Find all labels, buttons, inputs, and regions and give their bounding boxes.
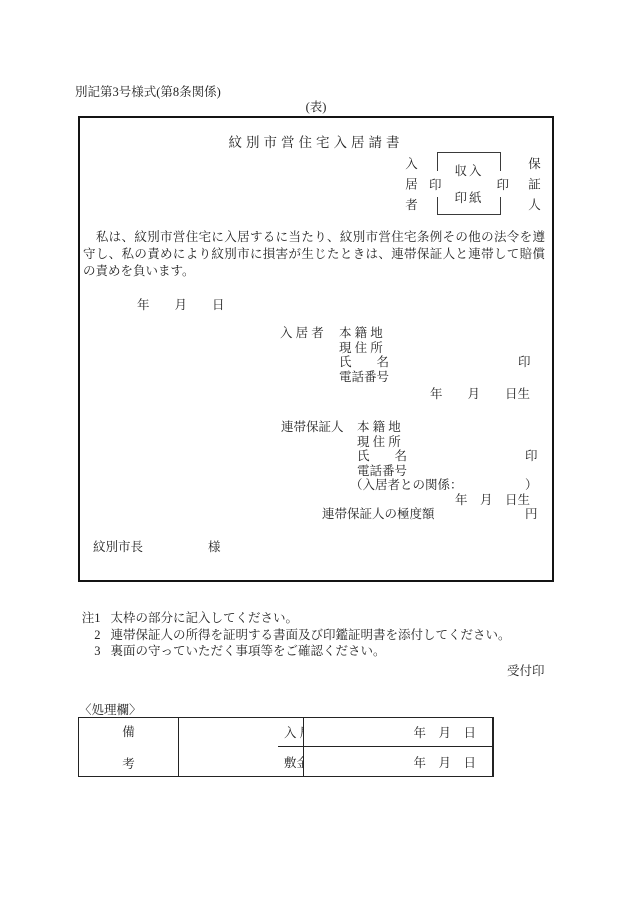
applicant-seal-column-label: 入居者	[404, 157, 417, 219]
deposit-payment-date-value-cell: 年 月 日	[304, 747, 493, 776]
guarantor-section-label: 連帯保証人	[281, 417, 344, 435]
applicant-name-seal-mark: 印	[518, 352, 531, 370]
form-title: 紋別市営住宅入居請書	[78, 131, 554, 151]
guarantor-liability-limit-unit: 円	[525, 504, 538, 522]
guarantor-liability-limit-label: 連帯保証人の極度額	[322, 504, 435, 522]
pledge-paragraph: 私は、紋別市営住宅に入居するに当たり、紋別市営住宅条例その他の法令を遵守し、私の…	[83, 229, 545, 280]
remarks-header-cell: 備 考	[79, 718, 179, 776]
note-3-number: 3	[75, 644, 101, 659]
addressee-mayor-label: 紋別市長	[93, 537, 143, 555]
revenue-stamp-text-line1: 収入	[454, 161, 483, 179]
document-page: 別記第3号様式(第8条関係) (表) 紋別市営住宅入居請書 入居者 印 収入 印…	[0, 0, 630, 903]
revenue-stamp-text-line2: 印紙	[454, 188, 483, 206]
guarantor-seal-mark: 印	[496, 171, 509, 197]
note-3-text: 裏面の守っていただく事項等をご確認ください。	[111, 644, 386, 658]
move-in-date-label-cell: 入 居 年 月 日	[278, 718, 304, 747]
note-line-3: 3裏面の守っていただく事項等をご確認ください。	[62, 626, 386, 674]
receipt-stamp-label: 受付印	[507, 661, 545, 679]
guarantor-birthdate-line: 年 月 日生	[455, 490, 530, 508]
form-date-line: 年 月 日	[137, 295, 225, 313]
deposit-payment-date-label-cell: 敷金納入年月日	[278, 747, 304, 776]
addressee-honorific: 様	[208, 537, 221, 555]
applicant-section-label: 入 居 者	[280, 323, 324, 341]
processing-table: 入 居 年 月 日 年 月 日 備 考 敷金納入年月日 年 月 日	[78, 717, 494, 777]
front-side-label: (表)	[78, 97, 554, 115]
remarks-value-cell	[179, 718, 278, 776]
guarantor-seal-column-label: 保証人	[527, 157, 540, 219]
move-in-date-value-cell: 年 月 日	[304, 718, 493, 747]
applicant-phone-field-label: 電話番号	[339, 367, 389, 385]
remarks-header-char-bottom: 考	[122, 754, 135, 772]
remarks-header-char-top: 備	[122, 722, 135, 740]
guarantor-relation-field-label: （入居者との関係：	[350, 475, 463, 493]
applicant-birthdate-line: 年 月 日生	[430, 384, 530, 402]
applicant-seal-mark: 印	[429, 171, 442, 197]
processing-section-label: 〈処理欄〉	[79, 700, 142, 718]
revenue-stamp-box: 印 収入 印紙 印	[437, 152, 501, 215]
guarantor-name-seal-mark: 印	[525, 446, 538, 464]
